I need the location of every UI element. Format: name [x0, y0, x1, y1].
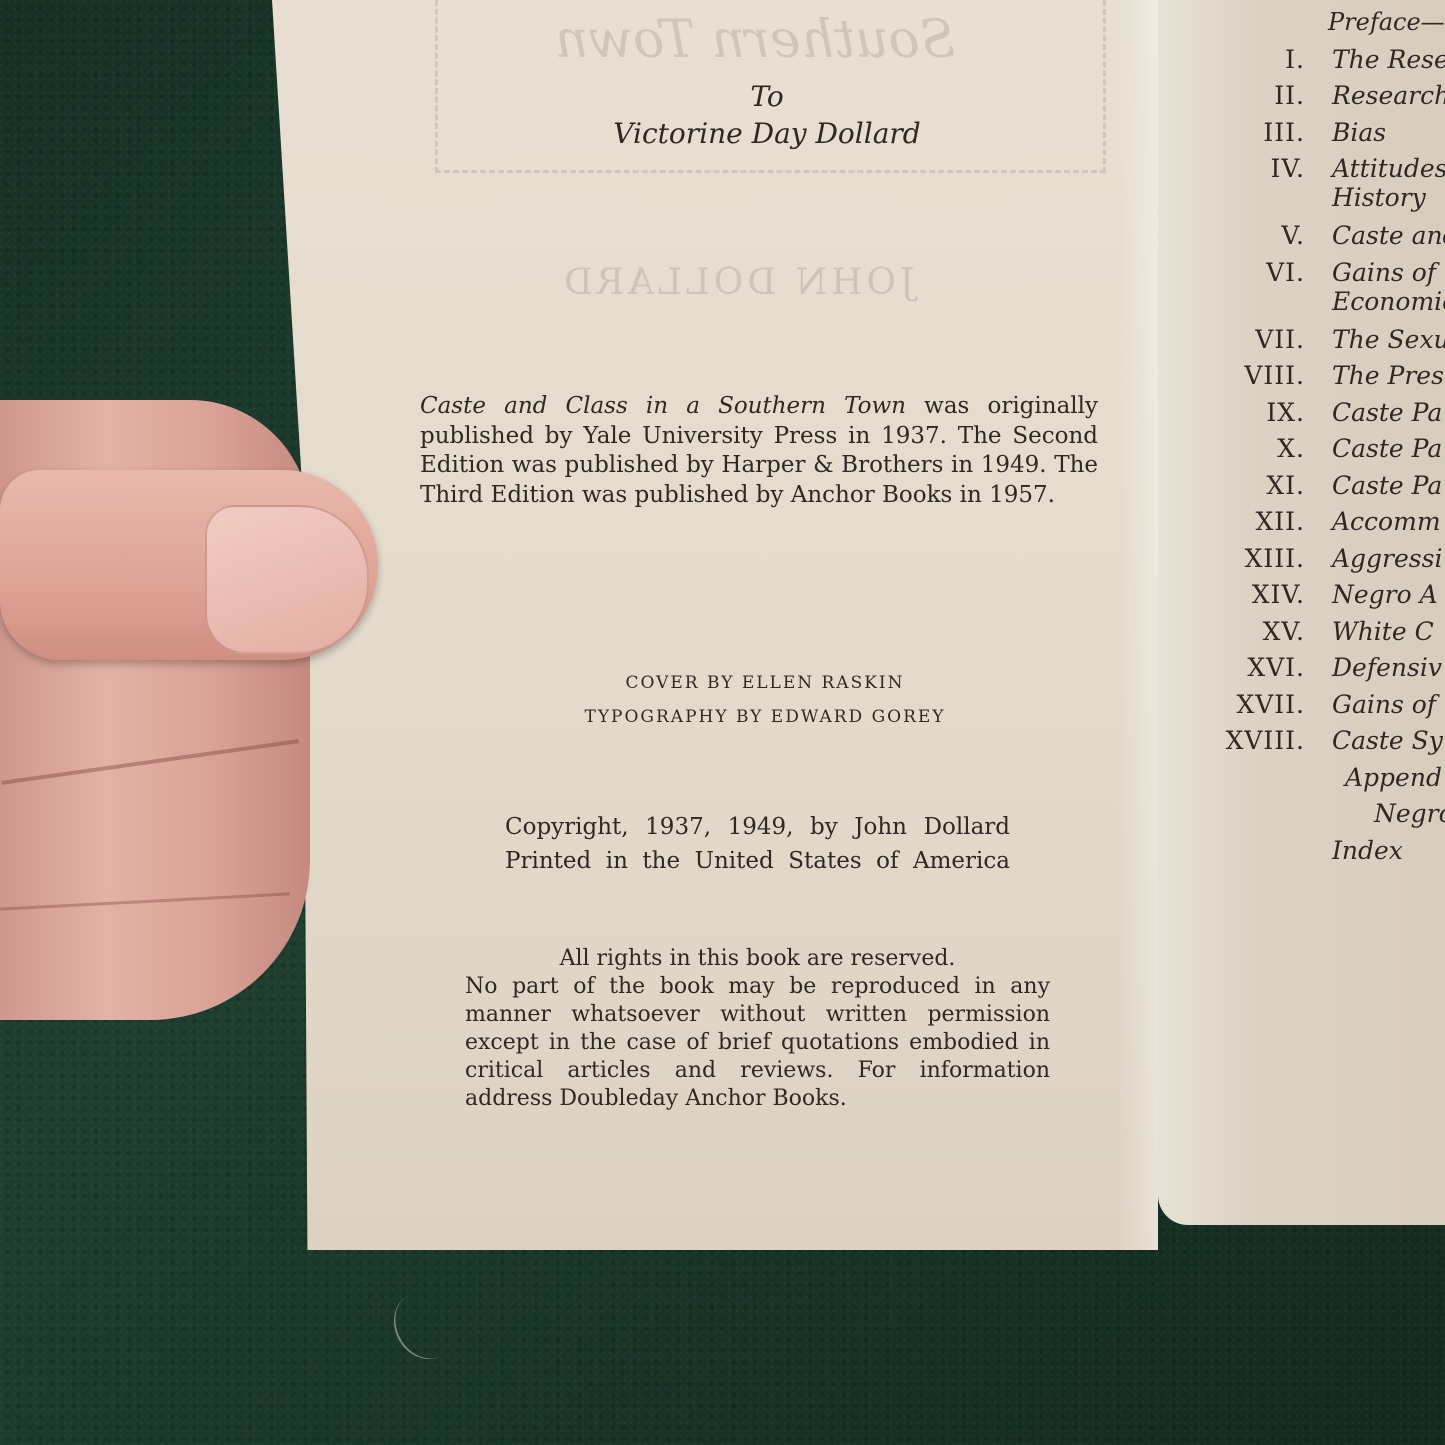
typography-credit: TYPOGRAPHY BY EDWARD GOREY — [420, 707, 1110, 727]
toc-number: XVI. — [1247, 653, 1305, 682]
toc-number: II. — [1274, 81, 1305, 110]
edition-note: Caste and Class in a Southern Town was o… — [420, 392, 1098, 510]
dedication-to: To — [272, 80, 1262, 113]
toc-row: XV.White C — [1200, 617, 1445, 654]
toc-number: XVIII. — [1226, 726, 1305, 755]
toc-number: VIII. — [1244, 361, 1305, 390]
toc-row: XVII.Gains of — [1200, 690, 1445, 727]
toc-title: Caste and — [1332, 221, 1445, 250]
toc-title: Negro — [1374, 799, 1445, 828]
show-through-author: JOHN DOLLARD — [560, 262, 914, 303]
toc-number: XV. — [1263, 617, 1305, 646]
toc-title: Caste Pa — [1332, 434, 1442, 463]
toc-title: Gains ofEconomic — [1332, 258, 1445, 316]
toc-title: Append — [1345, 763, 1442, 792]
toc-title: Preface— — [1328, 8, 1445, 36]
toc-title: Defensiv — [1332, 653, 1442, 682]
toc-row: Append — [1200, 763, 1445, 800]
toc-row: X.Caste Pa — [1200, 434, 1445, 471]
toc-row: I.The Rese — [1200, 45, 1445, 82]
toc-number: IV. — [1270, 154, 1305, 183]
toc-number: XVII. — [1236, 690, 1305, 719]
toc-title: The Rese — [1332, 45, 1445, 74]
book-title: Caste and Class in a Southern Town — [420, 393, 906, 419]
toc-number: I. — [1285, 45, 1305, 74]
toc-row: II.Research — [1200, 81, 1445, 118]
toc-row: XIII.Aggressi — [1200, 544, 1445, 581]
printed-in-line: Printed in the United States of America — [505, 844, 1010, 878]
rights-body: No part of the book may be reproduced in… — [465, 974, 1050, 1111]
toc-row: IX.Caste Pa — [1200, 398, 1445, 435]
toc-number: XIV. — [1252, 580, 1305, 609]
toc-row: III.Bias — [1200, 118, 1445, 155]
rights-notice: All rights in this book are reserved. No… — [465, 945, 1050, 1113]
thumbnail-nail — [205, 505, 369, 654]
toc-number: XII. — [1256, 507, 1306, 536]
felt-fiber — [382, 1279, 471, 1371]
toc-row: XIV.Negro A — [1200, 580, 1445, 617]
toc-row: IV.AttitudesHistory — [1200, 154, 1445, 221]
toc-title: Bias — [1332, 118, 1386, 147]
toc-number: VII. — [1255, 325, 1305, 354]
toc-title: Aggressi — [1332, 544, 1442, 573]
toc-title: AttitudesHistory — [1332, 154, 1445, 212]
toc-title: Accomm — [1332, 507, 1441, 536]
toc-title: Negro A — [1332, 580, 1438, 609]
toc-row: Preface— — [1200, 8, 1445, 45]
toc-row: XII.Accomm — [1200, 507, 1445, 544]
toc-title: The Pres — [1332, 361, 1444, 390]
show-through-title: Southern Town — [555, 10, 955, 70]
toc-row: VII.The Sexu — [1200, 325, 1445, 362]
dedication-name: Victorine Day Dollard — [272, 117, 1262, 150]
toc-row: Index — [1200, 836, 1445, 873]
toc-title: Index — [1332, 836, 1403, 865]
toc-row: Negro — [1200, 799, 1445, 836]
toc-title: Research — [1332, 81, 1445, 110]
toc-row: V.Caste and — [1200, 221, 1445, 258]
toc-row: XVI.Defensiv — [1200, 653, 1445, 690]
toc-number: IX. — [1266, 398, 1305, 427]
toc-row: XI.Caste Pa — [1200, 471, 1445, 508]
toc-title: White C — [1332, 617, 1434, 646]
copyright-line: Copyright, 1937, 1949, by John Dollard — [505, 810, 1010, 844]
toc-title: The Sexu — [1332, 325, 1445, 354]
toc-title: Caste Sy — [1332, 726, 1443, 755]
copyright-block: Copyright, 1937, 1949, by John Dollard P… — [505, 810, 1010, 878]
toc-row: XVIII.Caste Sy — [1200, 726, 1445, 763]
cover-credit: COVER BY ELLEN RASKIN — [420, 673, 1110, 693]
toc-number: XI. — [1266, 471, 1305, 500]
toc-number: VI. — [1266, 258, 1305, 287]
toc-number: X. — [1277, 434, 1305, 463]
toc-title: Gains of — [1332, 690, 1436, 719]
toc-row: VIII.The Pres — [1200, 361, 1445, 398]
toc-title: Caste Pa — [1332, 398, 1442, 427]
rights-heading: All rights in this book are reserved. — [465, 945, 1050, 973]
toc-title: Caste Pa — [1332, 471, 1442, 500]
toc-row: VI.Gains ofEconomic — [1200, 258, 1445, 325]
table-of-contents: Preface— I.The Rese II.Research III.Bias… — [1200, 8, 1445, 872]
toc-number: XIII. — [1245, 544, 1305, 573]
toc-number: V. — [1281, 221, 1305, 250]
toc-number: III. — [1263, 118, 1305, 147]
